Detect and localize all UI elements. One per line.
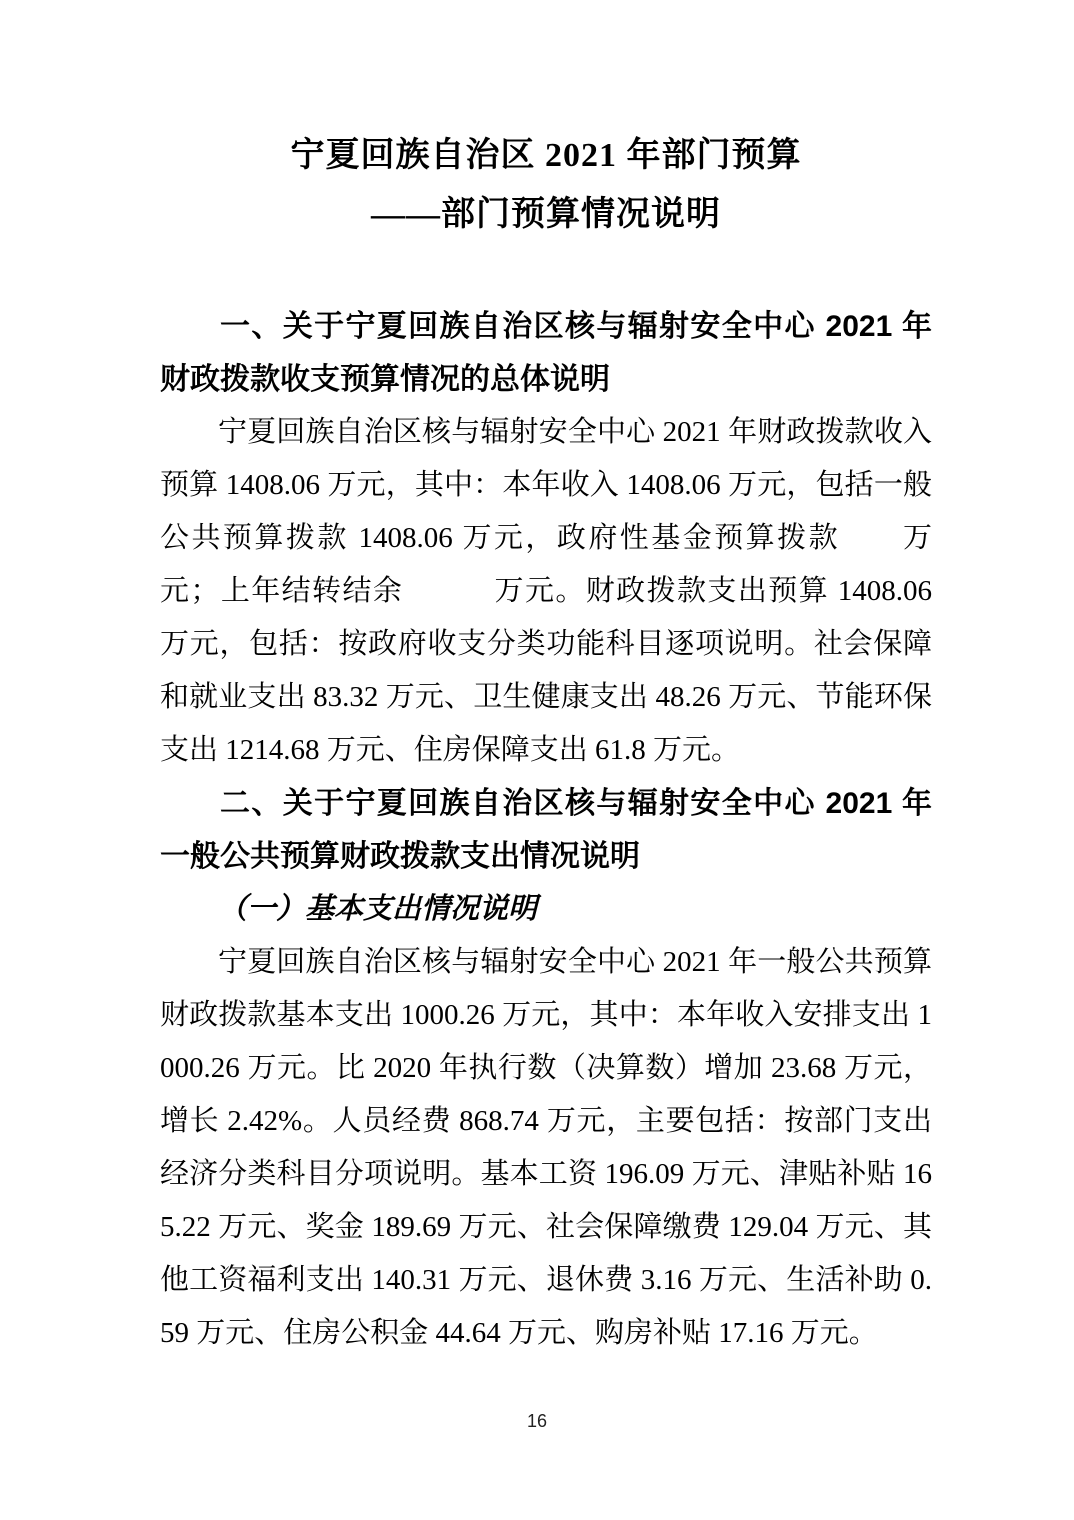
page-number: 16 — [0, 1411, 1074, 1432]
document-page: 宁夏回族自治区 2021 年部门预算 ——部门预算情况说明 一、关于宁夏回族自治… — [0, 0, 1074, 1520]
section-2-heading: 二、关于宁夏回族自治区核与辐射安全中心 2021 年一般公共预算财政拨款支出情况… — [160, 777, 932, 883]
section-1-heading: 一、关于宁夏回族自治区核与辐射安全中心 2021 年财政拨款收支预算情况的总体说… — [160, 300, 932, 406]
document-subtitle: ——部门预算情况说明 — [160, 185, 932, 244]
section-2-paragraph: 宁夏回族自治区核与辐射安全中心 2021 年一般公共预算财政拨款基本支出 100… — [160, 936, 932, 1360]
section-2-subheading: （一）基本支出情况说明 — [160, 883, 932, 936]
document-title: 宁夏回族自治区 2021 年部门预算 — [160, 126, 932, 185]
section-1-paragraph: 宁夏回族自治区核与辐射安全中心 2021 年财政拨款收入预算 1408.06 万… — [160, 406, 932, 777]
document-content: 宁夏回族自治区 2021 年部门预算 ——部门预算情况说明 一、关于宁夏回族自治… — [160, 126, 932, 1360]
